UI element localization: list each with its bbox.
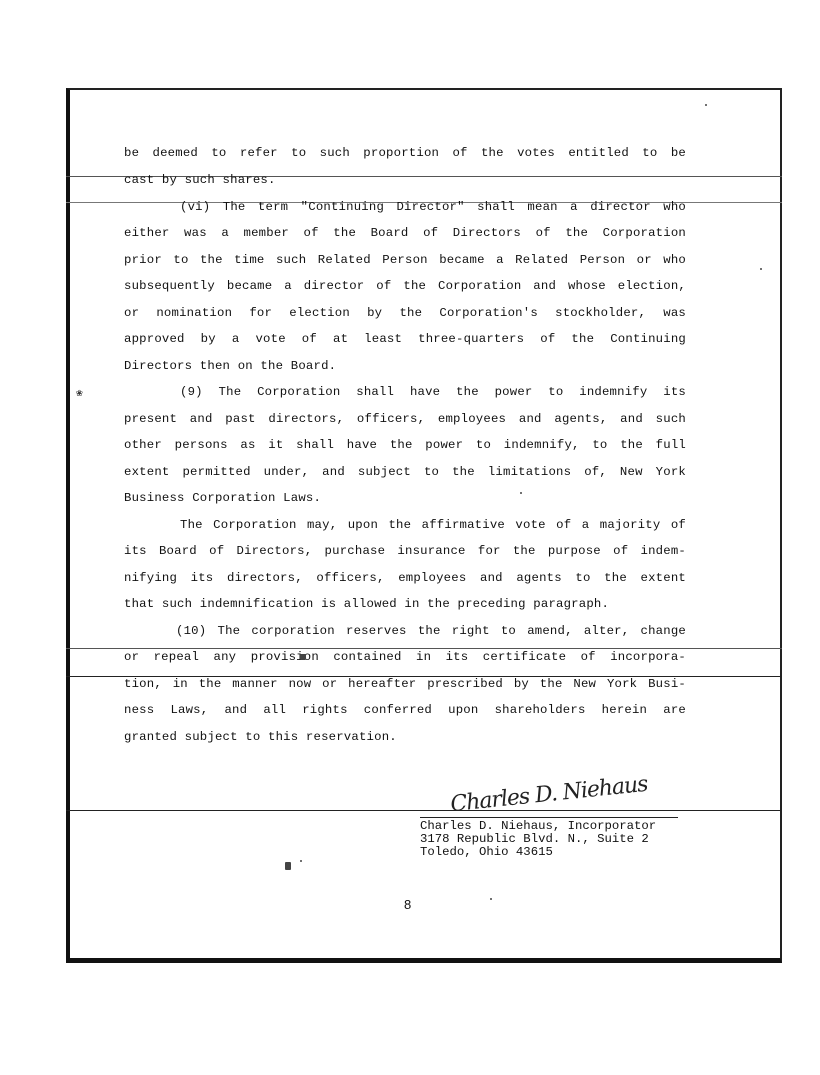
text-line: The Corporation may, upon the affirmativ… (124, 512, 686, 539)
text-line: or repeal any provision contained in its… (124, 644, 686, 671)
text-line: its Board of Directors, purchase insuran… (124, 538, 686, 565)
text-line: prior to the time such Related Person be… (124, 247, 686, 274)
text-line: approved by a vote of at least three-qua… (124, 326, 686, 353)
text-line: granted subject to this reservation. (124, 724, 686, 751)
text-line: Directors then on the Board. (124, 353, 686, 380)
text-line: cast by such shares. (124, 167, 686, 194)
scan-speck (285, 862, 291, 870)
text-line: tion, in the manner now or hereafter pre… (124, 671, 686, 698)
text-line: subsequently became a director of the Co… (124, 273, 686, 300)
scan-rule (66, 810, 782, 811)
text-line: ness Laws, and all rights conferred upon… (124, 697, 686, 724)
scan-speck (520, 492, 522, 494)
page-number: 8 (404, 897, 411, 912)
scan-speck (705, 104, 707, 106)
text-line: or nomination for election by the Corpor… (124, 300, 686, 327)
text-line: (9) The Corporation shall have the power… (124, 379, 686, 406)
text-line: (10) The corporation reserves the right … (124, 618, 686, 645)
margin-mark: ❀ (76, 386, 83, 400)
scan-speck (490, 898, 492, 900)
signature-line (420, 817, 678, 818)
address-line-2: Toledo, Ohio 43615 (420, 846, 656, 859)
text-line: present and past directors, officers, em… (124, 406, 686, 433)
scan-speck (300, 860, 302, 862)
text-line: that such indemnification is allowed in … (124, 591, 686, 618)
text-line: either was a member of the Board of Dire… (124, 220, 686, 247)
scan-speck (300, 654, 306, 660)
text-line: Business Corporation Laws. (124, 485, 686, 512)
text-line: (vi) The term "Continuing Director" shal… (124, 194, 686, 221)
text-line: be deemed to refer to such proportion of… (124, 140, 686, 167)
text-line: nifying its directors, officers, employe… (124, 565, 686, 592)
scan-speck (760, 268, 762, 270)
text-line: extent permitted under, and subject to t… (124, 459, 686, 486)
signature-block: Charles D. Niehaus, Incorporator 3178 Re… (420, 820, 656, 859)
text-line: other persons as it shall have the power… (124, 432, 686, 459)
